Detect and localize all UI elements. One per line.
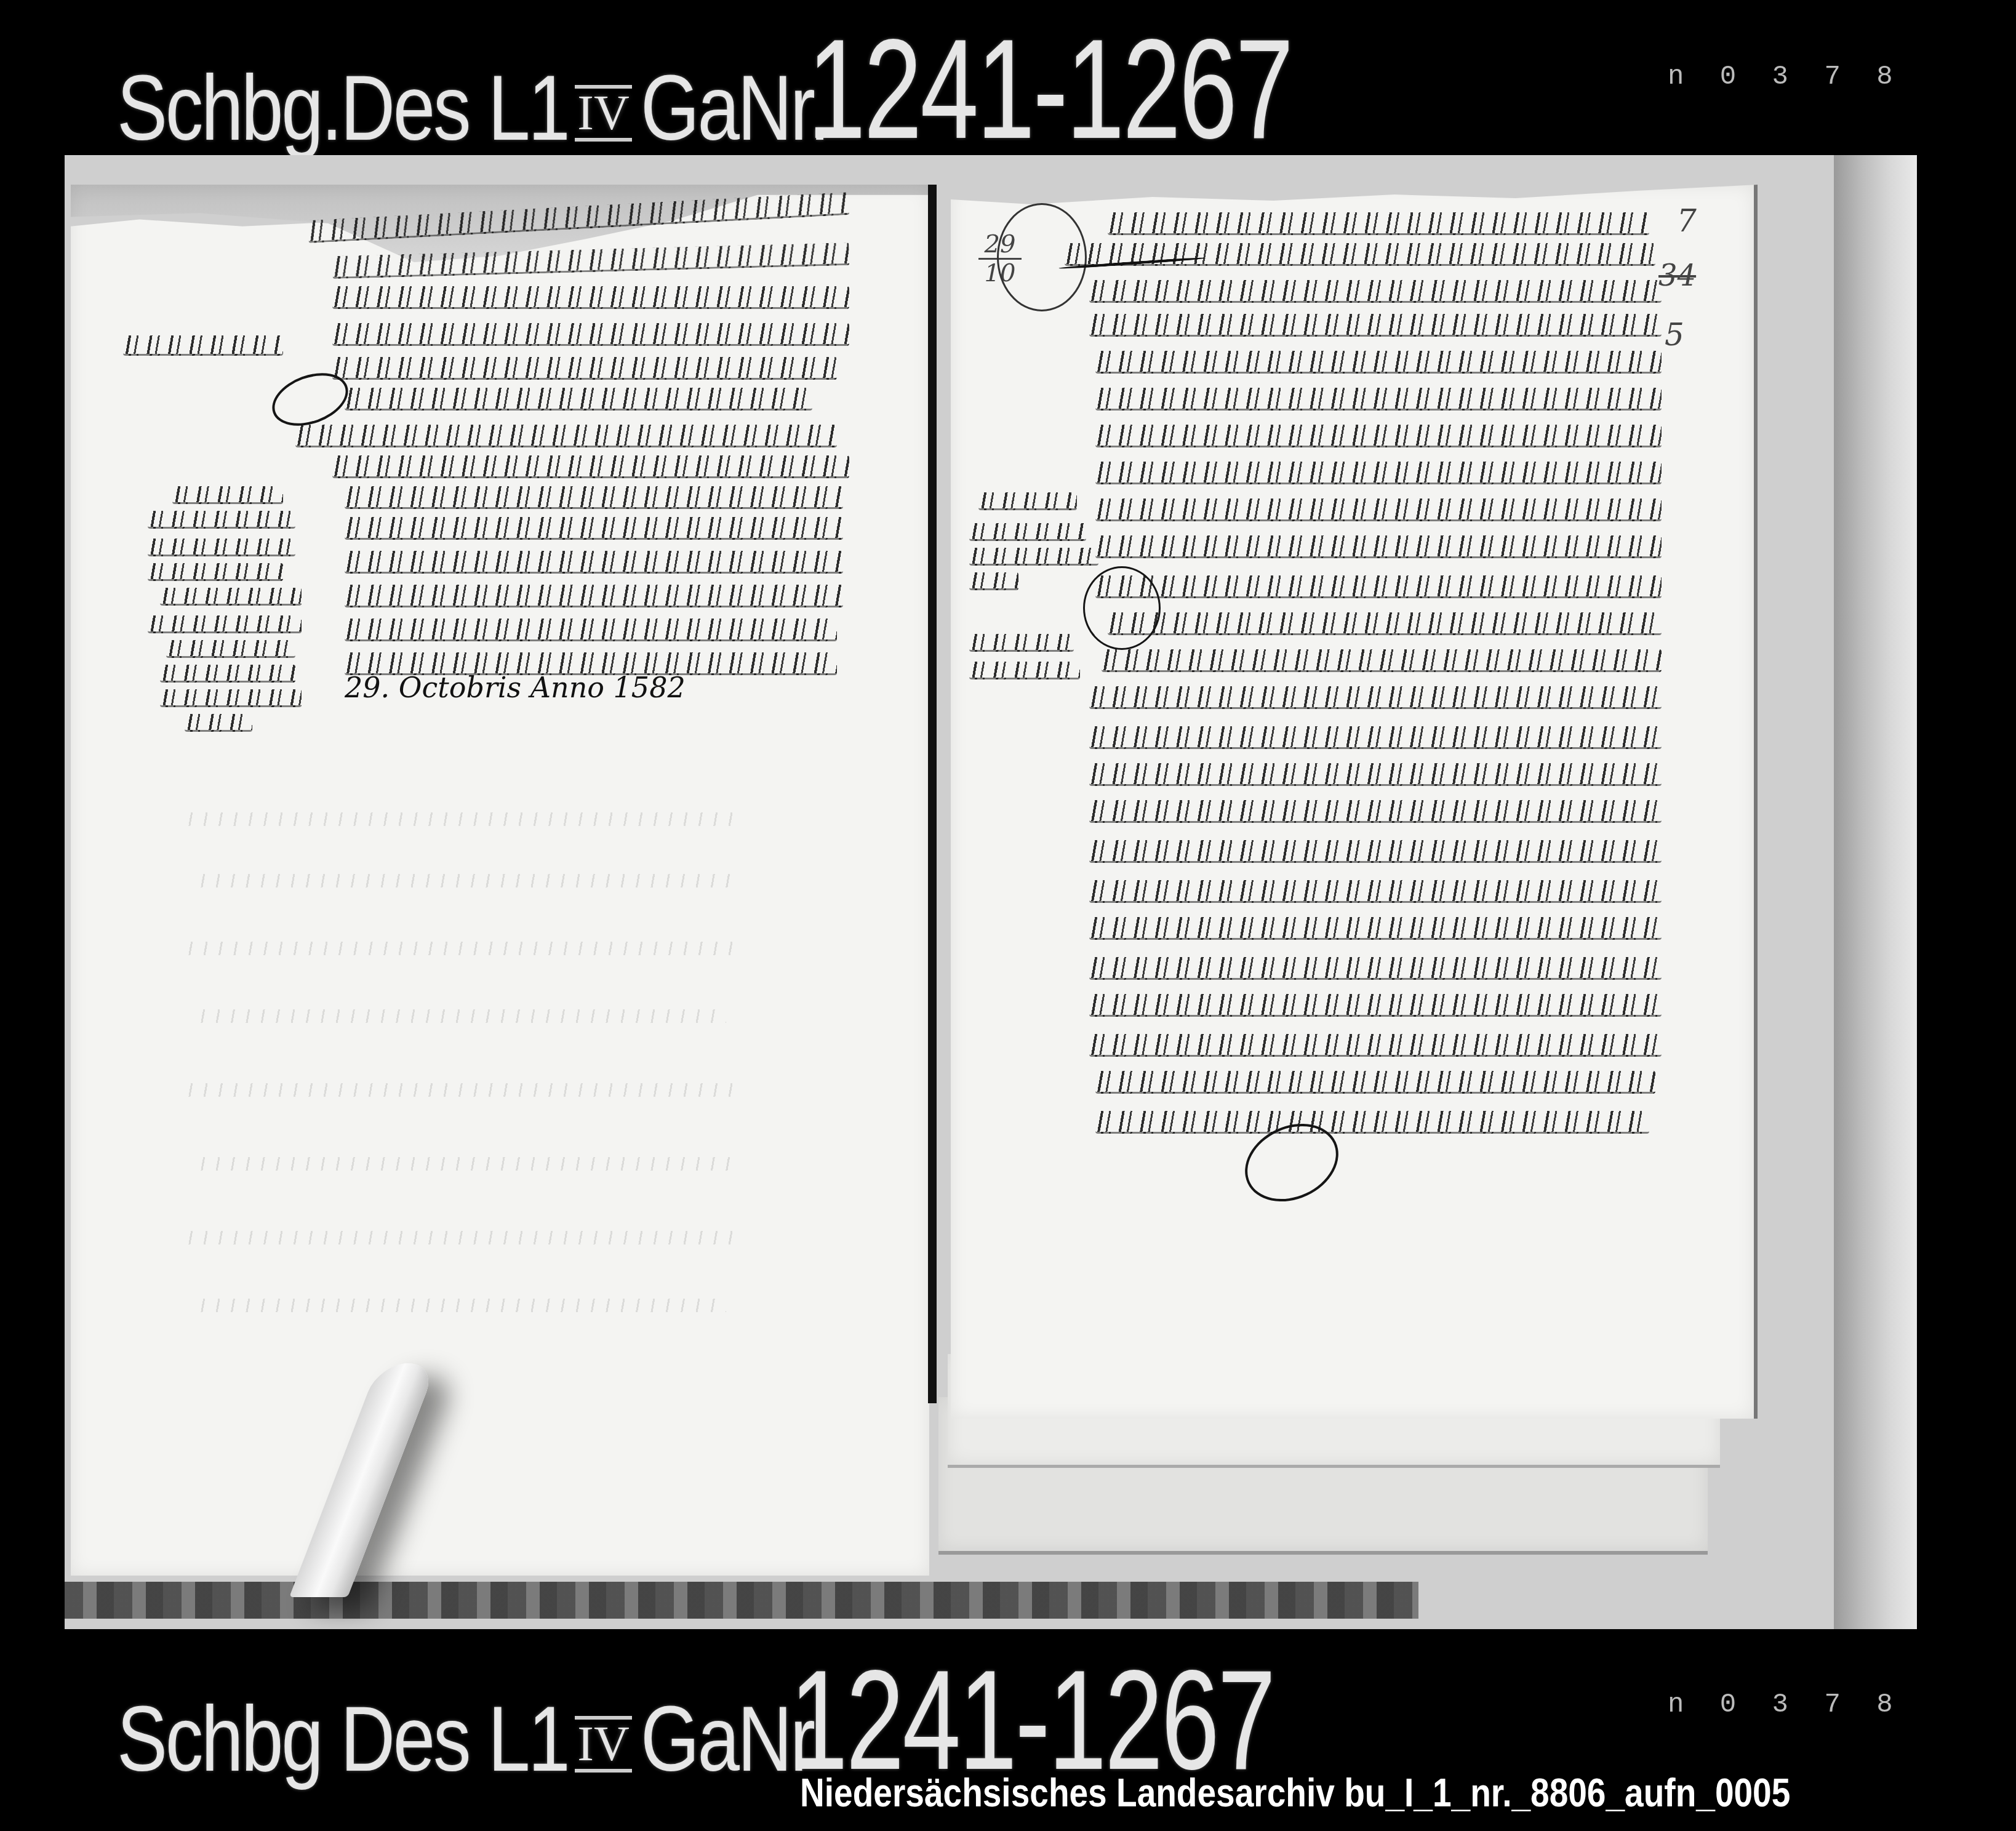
margin-note-line [160,588,302,606]
handwriting-line [1089,314,1662,337]
handwriting-line [1089,840,1662,863]
margin-note-line [172,486,283,504]
film-frame-counter-top: n 0 3 7 8 [1668,62,1903,92]
bleed-line [197,874,738,887]
handwriting-line [1089,957,1662,980]
archive-caption: Niedersächsisches Landesarchiv bu_I_1_nr… [800,1771,1790,1814]
handwriting-line [332,286,849,309]
margin-note-line [969,548,1098,566]
handwriting-line [345,486,843,509]
label-roman-numeral: IV [575,1716,631,1773]
handwriting-line [345,551,843,574]
handwriting-line [1095,575,1662,598]
scan-edge-strip [1834,155,1917,1629]
handwriting-line [1095,535,1662,558]
handwriting-line [332,323,849,346]
folio-number-struck: 34 [1658,258,1696,293]
handwriting-line [1089,880,1662,903]
margin-note-line [148,511,295,529]
handwriting-line [345,388,812,411]
margin-note-line [969,634,1074,652]
handwriting-line [1089,280,1662,303]
handwriting-line [1089,800,1662,823]
film-strip-label-bottom: Schbg Des L1 IV GaNr 1241-1267 [117,1656,1444,1785]
margin-note-line [160,689,302,707]
label-prefix: Schbg Des L1 [117,1693,568,1785]
flourish [1083,566,1161,650]
label-range: 1241-1267 [790,1656,1274,1785]
margin-note-line [185,714,252,732]
folio-number-top: 7 [1677,203,1697,239]
bleed-line [185,812,738,826]
handwriting-line [1095,1111,1649,1134]
margin-note-main-text: Item dem Albert Wennekinck und sein brat… [123,455,453,471]
label-roman-numeral: IV [575,85,631,142]
handwriting-line [345,619,837,641]
handwriting-line [332,357,837,380]
handwriting-line [1095,388,1662,411]
handwriting-line [1089,1034,1662,1057]
film-strip-label-top: Schbg.Des L1 IV GaNr. 1241-1267 [117,25,1462,154]
handwriting-line [1108,212,1649,235]
bleed-line [197,1299,726,1312]
margin-note-line [969,572,1018,590]
handwriting-line [1095,1071,1655,1094]
handwriting-line [1095,351,1662,374]
handwriting-line [1089,917,1662,940]
handwriting-line [1089,686,1662,709]
handwriting-line [1089,994,1662,1017]
margin-note-line [969,662,1080,679]
left-page-closing-date: 29. Octobris Anno 1582 [345,671,686,704]
margin-note-line [969,523,1086,541]
handwriting-line [1095,425,1662,447]
handwriting-line [1089,726,1662,749]
bleed-line [185,1083,738,1097]
margin-note-line [978,492,1077,510]
label-range: 1241-1267 [807,25,1292,154]
handwriting-line [295,425,837,447]
film-sprocket-band [65,1582,1418,1619]
book-gutter [928,185,937,1403]
margin-note-line [148,539,295,556]
handwriting-line [1095,499,1662,521]
margin-note-line [166,640,295,658]
margin-note-line [148,563,283,581]
folio-number-current: 5 [1665,317,1684,353]
bleed-line [197,1009,726,1023]
film-frame-counter-bottom: n 0 3 7 8 [1668,1689,1903,1720]
handwriting-line [1108,612,1662,635]
margin-note-line [160,665,295,683]
margin-note-top [123,335,283,356]
handwriting-line [1102,649,1662,672]
handwriting-line [345,517,843,540]
label-ga: GaNr [641,1693,814,1785]
handwriting-line [1089,763,1662,786]
handwriting-line [345,585,843,607]
label-ga: GaNr. [641,62,828,154]
label-prefix: Schbg.Des L1 [117,62,568,154]
bleed-line [197,1157,738,1171]
margin-note-line [148,615,302,633]
bleed-line [185,1231,738,1244]
bleed-line [185,942,738,955]
